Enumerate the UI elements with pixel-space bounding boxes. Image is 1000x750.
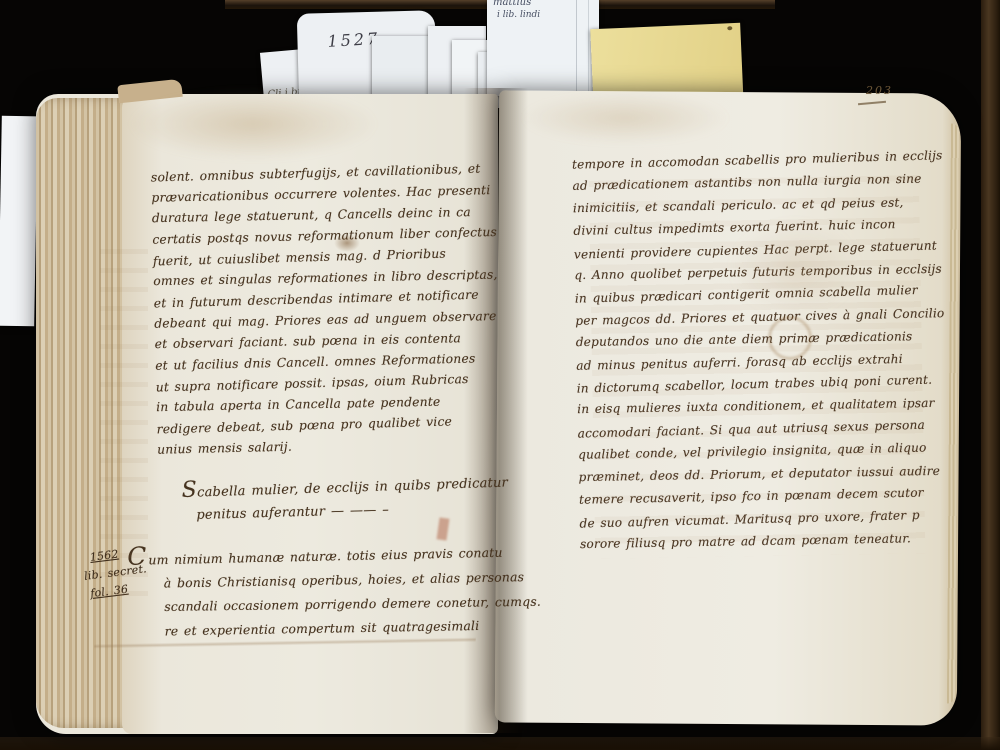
slip-annotated-line1: mattius [493, 0, 531, 8]
slip-annotated-line2: i lib. lindi [497, 10, 540, 20]
folio-number: 203 [866, 84, 893, 97]
text-line: scandali occasionem porrigendo demere co… [128, 591, 482, 620]
left-page-text-block: solent. omnibus subterfugijs, et cavilla… [151, 159, 488, 460]
right-page-text-block: tempore in accomodan scabellis pro mulie… [572, 145, 944, 556]
note-speck [727, 26, 732, 30]
margin-note: 1562 lib. secret. fol. 36 [81, 542, 150, 603]
wood-edge-bottom [0, 737, 1000, 750]
right-page-edge-lines [947, 124, 959, 704]
wood-edge-right [981, 0, 1000, 750]
left-page-paragraph: Cum nimium humanæ naturæ. totis eius pra… [127, 538, 483, 644]
bookmark-slip-annotated: mattius i lib. lindi [487, 0, 599, 96]
slip-fold-line [576, 0, 577, 96]
left-page-heading: Scabella mulier, de ecclijs in quibs pre… [181, 470, 492, 528]
manuscript-photo: Cli i bui 1527 mattius i lib. lindi sole… [0, 0, 1000, 750]
slip-fold-line [588, 0, 589, 96]
loose-sheet-left [0, 116, 38, 327]
